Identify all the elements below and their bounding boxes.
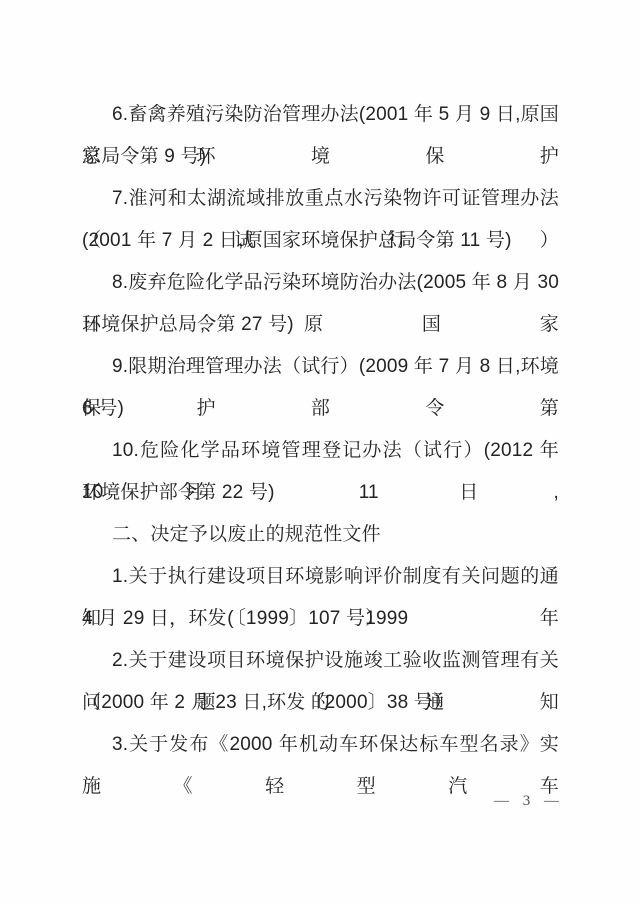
- paragraph-line: 10.危险化学品环境管理登记办法（试行）(2012 年 10 月 11 日,: [82, 430, 559, 472]
- paragraph-line: 6.畜禽养殖污染防治管理办法(2001 年 5 月 9 日,原国家环境保护: [82, 94, 559, 136]
- paragraph-line: (2001 年 7 月 2 日,原国家环境保护总局令第 11 号): [82, 220, 559, 262]
- document-page: 6.畜禽养殖污染防治管理办法(2001 年 5 月 9 日,原国家环境保护 总局…: [0, 0, 640, 905]
- paragraph-line: 3.关于发布《2000 年机动车环保达标车型名录》实施《轻型汽车: [82, 724, 559, 766]
- paragraph-line: 2.关于建设项目环境保护设施竣工验收监测管理有关问题的通知: [82, 640, 559, 682]
- paragraph-line: 7.淮河和太湖流域排放重点水污染物许可证管理办法（试行）: [82, 178, 559, 220]
- paragraph-line: 9.限期治理管理办法（试行）(2009 年 7 月 8 日,环境保护部令第: [82, 346, 559, 388]
- document-body: 6.畜禽养殖污染防治管理办法(2001 年 5 月 9 日,原国家环境保护 总局…: [82, 94, 559, 766]
- paragraph-line: 8.废弃危险化学品污染环境防治办法(2005 年 8 月 30 日,原国家: [82, 262, 559, 304]
- paragraph-line: 1.关于执行建设项目环境影响评价制度有关问题的通知( 1999 年: [82, 556, 559, 598]
- section-heading: 二、决定予以废止的规范性文件: [82, 514, 559, 556]
- page-number: — 3 —: [494, 793, 560, 810]
